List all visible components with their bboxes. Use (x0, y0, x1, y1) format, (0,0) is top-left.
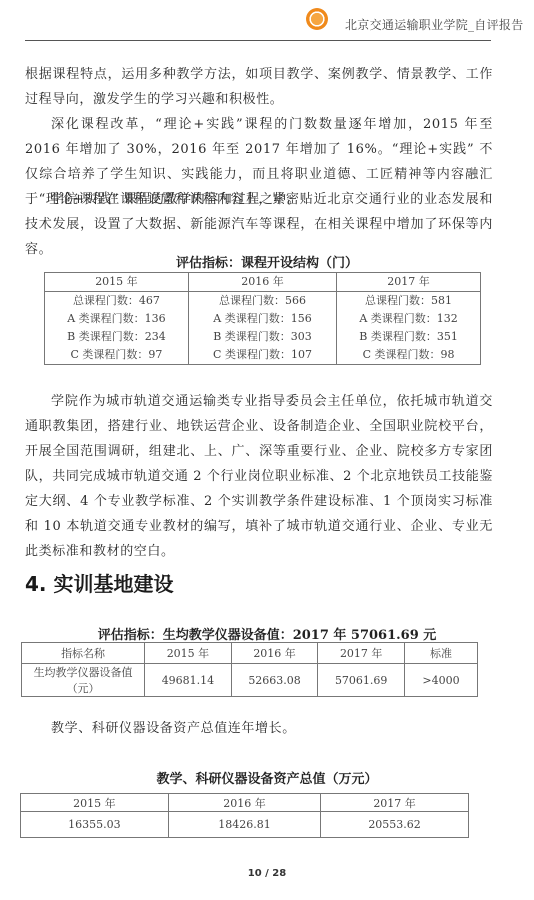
course-structure-table: 2015 年 2016 年 2017 年 总课程门数：467 A 类课程门数：1… (44, 272, 481, 365)
header-title: 北京交通运输职业学院_自评报告 (345, 16, 524, 33)
table1-header: 2016 年 (188, 273, 336, 292)
table3-cell: 18426.81 (168, 812, 320, 838)
paragraph-teaching-methods: 根据课程特点，运用多种教学方法，如项目教学、案例教学、情景教学、工作过程导向，激… (25, 62, 493, 112)
table1-header: 2017 年 (337, 273, 481, 292)
table1-cell-2017: 总课程门数：581 A 类课程门数：132 B 类课程门数：351 C 类课程门… (337, 292, 481, 365)
table3-cell: 16355.03 (21, 812, 169, 838)
b-courses: B 类课程门数：234 (45, 328, 188, 346)
paragraph-standards: 学院作为城市轨道交通运输类专业指导委员会主任单位，依托城市轨道交通职教集团，搭建… (25, 389, 493, 564)
paragraph-curriculum-content: 学院课程在课程设置和课程内容上，紧密贴近北京交通行业的业态发展和技术发展，设置了… (25, 187, 493, 262)
b-courses: B 类课程门数：303 (189, 328, 336, 346)
table3-cell: 20553.62 (321, 812, 469, 838)
page-header: 北京交通运输职业学院_自评报告 (25, 0, 491, 41)
table3-header: 2016 年 (168, 794, 320, 812)
c-courses: C 类课程门数：97 (45, 346, 188, 364)
table2-caption: 评估指标：生均教学仪器设备值：2017 年 57061.69 元 (0, 624, 534, 643)
table3-header: 2017 年 (321, 794, 469, 812)
c-courses: C 类课程门数：98 (337, 346, 480, 364)
c-courses: C 类课程门数：107 (189, 346, 336, 364)
table2-cell: 52663.08 (231, 664, 318, 697)
table2-header: 2015 年 (145, 643, 232, 664)
table3-header: 2015 年 (21, 794, 169, 812)
table2-header: 指标名称 (22, 643, 145, 664)
page-number: 10 / 28 (0, 868, 534, 879)
a-courses: A 类课程门数：132 (337, 310, 480, 328)
table2-cell: 57061.69 (318, 664, 405, 697)
table2-header: 2017 年 (318, 643, 405, 664)
table2-cell: >4000 (405, 664, 478, 697)
school-emblem-icon (306, 8, 328, 30)
table1-cell-2015: 总课程门数：467 A 类课程门数：136 B 类课程门数：234 C 类课程门… (45, 292, 189, 365)
total-courses: 总课程门数：566 (189, 292, 336, 310)
equipment-assets-table: 2015 年 2016 年 2017 年 16355.03 18426.81 2… (20, 793, 469, 838)
table2-header: 标准 (405, 643, 478, 664)
b-courses: B 类课程门数：351 (337, 328, 480, 346)
table1-header: 2015 年 (45, 273, 189, 292)
a-courses: A 类课程门数：156 (189, 310, 336, 328)
total-courses: 总课程门数：467 (45, 292, 188, 310)
paragraph-asset-growth: 教学、科研仪器设备资产总值连年增长。 (25, 716, 493, 741)
table2-cell: 49681.14 (145, 664, 232, 697)
table3-caption: 教学、科研仪器设备资产总值（万元） (0, 768, 534, 787)
equipment-per-student-table: 指标名称 2015 年 2016 年 2017 年 标准 生均教学仪器设备值（元… (21, 642, 478, 697)
total-courses: 总课程门数：581 (337, 292, 480, 310)
table2-cell: 生均教学仪器设备值（元） (22, 664, 145, 697)
a-courses: A 类课程门数：136 (45, 310, 188, 328)
table2-header: 2016 年 (231, 643, 318, 664)
table1-cell-2016: 总课程门数：566 A 类课程门数：156 B 类课程门数：303 C 类课程门… (188, 292, 336, 365)
table1-caption: 评估指标：课程开设结构（门） (0, 252, 534, 271)
section-heading: 4. 实训基地建设 (25, 568, 173, 597)
